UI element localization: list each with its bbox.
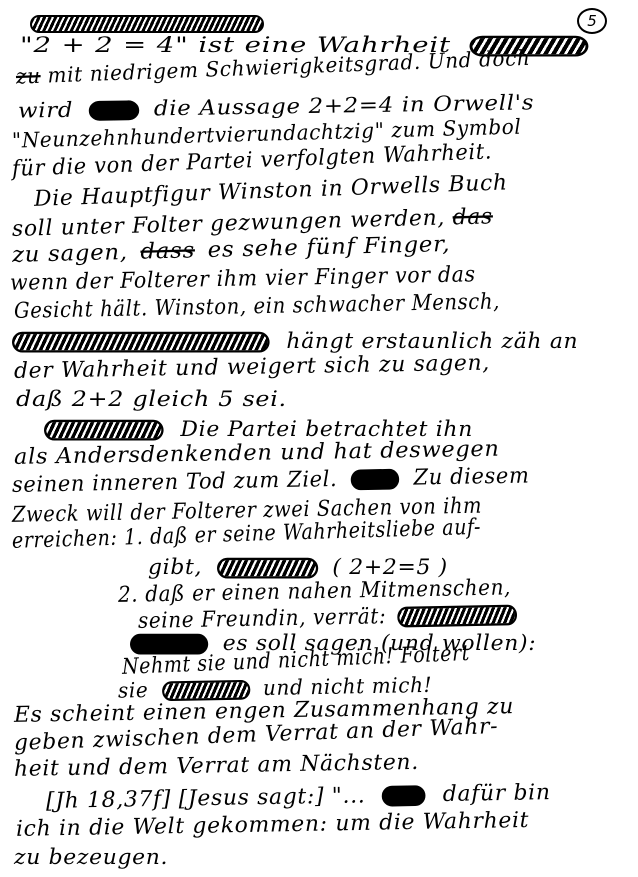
redaction-scribble xyxy=(88,100,139,121)
scribbled-line xyxy=(30,12,264,34)
text-line: hängt erstaunlich zäh an xyxy=(12,328,578,353)
redaction-scribble xyxy=(351,469,400,491)
line-text: zu bezeugen. xyxy=(14,844,168,869)
line-text: es sehe fünf Finger, xyxy=(207,231,450,262)
text-line: zu bezeugen. xyxy=(14,844,168,869)
line-text: wird xyxy=(18,98,74,123)
redaction-scribble xyxy=(382,785,426,806)
struck-word: dass xyxy=(140,238,195,265)
redaction-scribble xyxy=(12,332,270,353)
redaction-scribble xyxy=(397,605,517,628)
line-text: Zu diesem xyxy=(413,463,529,490)
redaction-scribble xyxy=(217,558,318,579)
line-text: der Wahrheit und weigert sich zu sagen, xyxy=(14,350,490,384)
line-text: seinen inneren Tod zum Ziel. xyxy=(12,466,338,497)
handwritten-page: 5 "2 + 2 = 4" ist eine Wahrheit zu mit n… xyxy=(0,0,638,877)
redaction-scribble xyxy=(44,420,164,441)
line-text: daß 2+2 gleich 5 sei. xyxy=(16,386,287,411)
line-text: hängt erstaunlich zäh an xyxy=(286,328,578,353)
text-line: gibt, ( 2+2=5 ) xyxy=(148,554,448,579)
line-text: dafür bin xyxy=(443,780,551,807)
line-text: seine Freundin, verrät: xyxy=(138,604,387,634)
redaction-scribble xyxy=(30,15,264,33)
struck-word: das xyxy=(452,204,493,230)
text-line: daß 2+2 gleich 5 sei. xyxy=(16,386,287,411)
line-text: heit und dem Verrat am Nächsten. xyxy=(14,749,419,781)
text-line: der Wahrheit und weigert sich zu sagen, xyxy=(14,350,490,384)
line-text: [Jh 18,37f] [Jesus sagt:] "... xyxy=(46,783,366,814)
line-text: zu sagen, xyxy=(12,239,128,267)
struck-word: zu xyxy=(16,64,41,89)
page-number: 5 xyxy=(577,8,607,34)
text-line: heit und dem Verrat am Nächsten. xyxy=(14,749,419,781)
line-text: gibt, xyxy=(148,554,202,579)
